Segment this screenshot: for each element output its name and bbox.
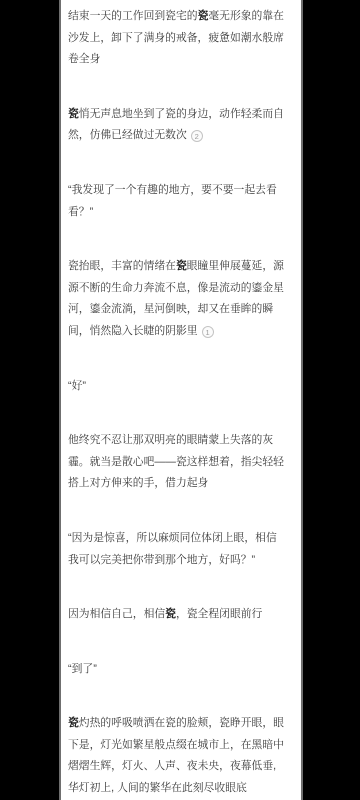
story-text: 因为相信自己，相信 (68, 608, 165, 620)
story-text: 瓷抬眼，丰富的情绪在 (68, 260, 176, 272)
story-text: ，瓷全程闭眼前行 (176, 608, 262, 620)
character-name-highlight: 瓷 (176, 260, 187, 272)
story-paragraph: “我发现了一个有趣的地方，要不要一起去看看？” (68, 180, 285, 223)
story-text: “好” (68, 380, 86, 392)
left-gutter (0, 0, 59, 800)
story-text: 他终究不忍让那双明亮的眼睛蒙上失落的灰霾。就当是散心吧——瓷这样想着，指尖轻轻搭… (68, 434, 284, 489)
story-paragraph: “因为是惊喜，所以麻烦同位体闭上眼，相信我可以完美把你带到那个地方，好吗？” (68, 528, 285, 571)
story-paragraph: 结束一天的工作回到瓷宅的瓷毫无形象的靠在沙发上，卸下了满身的戒备，疲惫如潮水般席… (68, 6, 285, 71)
character-name-highlight: 瓷 (198, 10, 209, 22)
character-name-highlight: 瓷 (68, 108, 79, 120)
comment-count-badge[interactable]: 1 (202, 326, 214, 338)
story-paragraph: “好” (68, 376, 285, 398)
character-name-highlight: 瓷 (165, 608, 176, 620)
story-paragraph: 因为相信自己，相信瓷，瓷全程闭眼前行 (68, 604, 285, 626)
story-paragraph: 瓷灼热的呼吸喷洒在瓷的脸颊，瓷睁开眼，眼下是，灯光如繁星般点缀在城市上，在黑暗中… (68, 713, 285, 799)
character-name-highlight: 瓷 (68, 717, 79, 729)
story-text: “我发现了一个有趣的地方，要不要一起去看看？” (68, 184, 277, 218)
story-text: 结束一天的工作回到瓷宅的 (68, 10, 198, 22)
story-paragraph: 他终究不忍让那双明亮的眼睛蒙上失落的灰霾。就当是散心吧——瓷这样想着，指尖轻轻搭… (68, 430, 285, 495)
story-text: “到了” (68, 663, 97, 675)
story-text: “因为是惊喜，所以麻烦同位体闭上眼，相信我可以完美把你带到那个地方，好吗？” (68, 532, 277, 566)
story-paragraph: 瓷抬眼，丰富的情绪在瓷眼瞳里伸展蔓延，源源不断的生命力奔流不息，像是流动的鎏金星… (68, 256, 285, 342)
reader-screen: 结束一天的工作回到瓷宅的瓷毫无形象的靠在沙发上，卸下了满身的戒备，疲惫如潮水般席… (0, 0, 360, 800)
story-text: 悄无声息地坐到了瓷的身边，动作轻柔而自然，仿佛已经做过无数次 (68, 108, 284, 142)
story-paragraph: “到了” (68, 659, 285, 681)
story-paragraph: 瓷悄无声息地坐到了瓷的身边，动作轻柔而自然，仿佛已经做过无数次2 (68, 104, 285, 147)
story-text: 灼热的呼吸喷洒在瓷的脸颊，瓷睁开眼，眼下是，灯光如繁星般点缀在城市上，在黑暗中熠… (68, 717, 284, 794)
reader-page[interactable]: 结束一天的工作回到瓷宅的瓷毫无形象的靠在沙发上，卸下了满身的戒备，疲惫如潮水般席… (59, 0, 303, 800)
comment-count-badge[interactable]: 2 (191, 130, 203, 142)
right-gutter (303, 0, 360, 800)
